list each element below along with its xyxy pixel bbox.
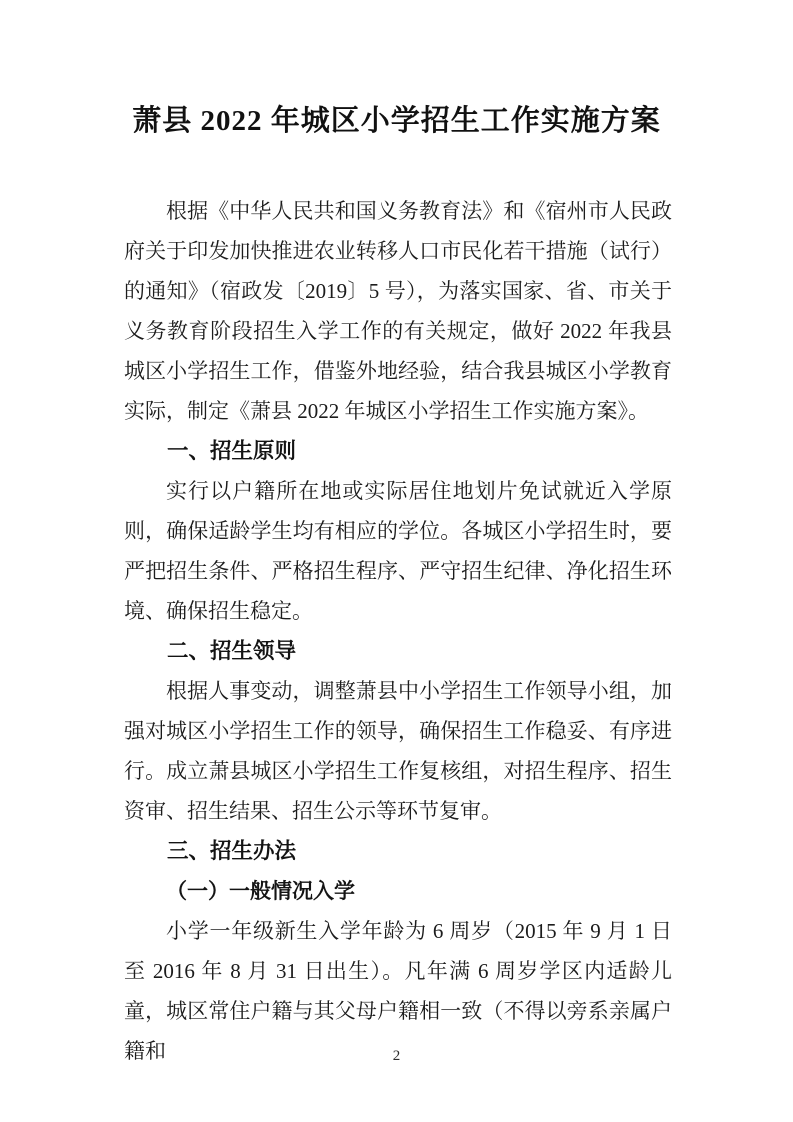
section-heading-enrollment-methods: 三、招生办法 (124, 831, 672, 871)
section-heading-enrollment-leadership: 二、招生领导 (124, 631, 672, 671)
paragraph-intro: 根据《中华人民共和国义务教育法》和《宿州市人民政府关于印发加快推进农业转移人口市… (124, 191, 672, 431)
page-number: 2 (0, 1045, 793, 1067)
paragraph-enrollment-principles: 实行以户籍所在地或实际居住地划片免试就近入学原则，确保适龄学生均有相应的学位。各… (124, 471, 672, 631)
section-heading-enrollment-principles: 一、招生原则 (124, 431, 672, 471)
paragraph-enrollment-leadership: 根据人事变动，调整萧县中小学招生工作领导小组，加强对城区小学招生工作的领导，确保… (124, 671, 672, 831)
document-page: 萧县 2022 年城区小学招生工作实施方案 根据《中华人民共和国义务教育法》和《… (0, 0, 793, 1122)
document-body: 根据《中华人民共和国义务教育法》和《宿州市人民政府关于印发加快推进农业转移人口市… (124, 191, 672, 1071)
document-title: 萧县 2022 年城区小学招生工作实施方案 (0, 0, 793, 141)
subsection-heading-general-admission: （一）一般情况入学 (124, 871, 672, 911)
